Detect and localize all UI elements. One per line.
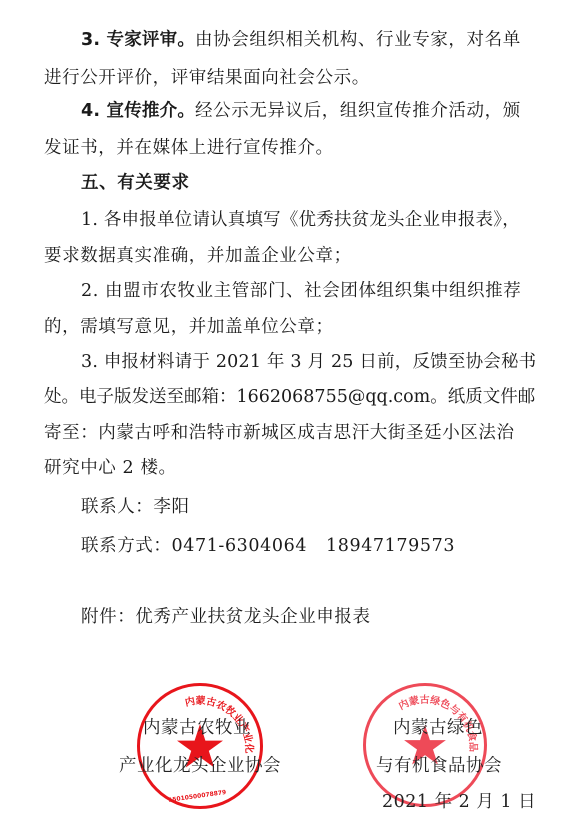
stamp-right-seal: 内蒙古绿色与有机食品协会 bbox=[363, 683, 487, 807]
promotion-lead: 4. 宣传推介。 bbox=[81, 101, 195, 121]
signature-left-line2: 产业化龙头企业协会 bbox=[119, 755, 281, 777]
expert-review-lead: 3. 专家评审。 bbox=[81, 30, 195, 50]
requirement-1-line1: 1. 各申报单位请认真填写《优秀扶贫龙头企业申报表》， bbox=[81, 209, 520, 231]
phone-landline: 0471-6304064 bbox=[172, 536, 308, 556]
signature-left-line1: 内蒙古农牧业 bbox=[143, 717, 251, 739]
signature-right-line2: 与有机食品协会 bbox=[376, 755, 502, 777]
requirement-3-line4: 研究中心 2 楼。 bbox=[44, 457, 177, 479]
stamp-left-ring-text: 内蒙古农牧业产业化龙头企业协会 bbox=[140, 686, 260, 806]
stamp-left-seal: 15010500078879 内蒙古农牧业产业化龙头企业协会 bbox=[137, 683, 263, 809]
paragraph-promotion-line2: 发证书，并在媒体上进行宣传推介。 bbox=[44, 137, 334, 159]
requirement-2-line1: 2. 由盟市农牧业主管部门、社会团体组织集中组织推荐 bbox=[81, 280, 521, 302]
contact-method: 联系方式：0471-6304064 bbox=[81, 535, 307, 557]
phone-mobile: 18947179573 bbox=[326, 535, 455, 557]
paragraph-expert-review-line1: 3. 专家评审。由协会组织相关机构、行业专家，对名单 bbox=[81, 29, 521, 51]
signature-right-line1: 内蒙古绿色 bbox=[393, 717, 483, 739]
attachment-note: 附件：优秀产业扶贫龙头企业申报表 bbox=[81, 606, 371, 628]
signature-date: 2021 年 2 月 1 日 bbox=[382, 791, 536, 813]
stamp-right-ring-text: 内蒙古绿色与有机食品协会 bbox=[366, 686, 484, 804]
section-heading-requirements: 五、有关要求 bbox=[81, 172, 190, 194]
requirement-3-line3: 寄至：内蒙古呼和浩特市新城区成吉思汗大街圣廷小区法治 bbox=[44, 422, 515, 444]
requirement-3-line1: 3. 申报材料请于 2021 年 3 月 25 日前，反馈至协会秘书 bbox=[81, 351, 536, 373]
requirement-2-line2: 的，需填写意见，并加盖单位公章； bbox=[44, 316, 334, 338]
paragraph-promotion-line1: 4. 宣传推介。经公示无异议后，组织宣传推介活动，颁 bbox=[81, 100, 521, 122]
paragraph-expert-review-line2: 进行公开评价，评审结果面向社会公示。 bbox=[44, 67, 370, 89]
requirement-1-line2: 要求数据真实准确，并加盖企业公章； bbox=[44, 245, 352, 267]
requirement-3-line2: 处。电子版发送至邮箱：1662068755@qq.com。纸质文件邮 bbox=[44, 386, 535, 408]
contact-person: 联系人：李阳 bbox=[81, 496, 190, 518]
